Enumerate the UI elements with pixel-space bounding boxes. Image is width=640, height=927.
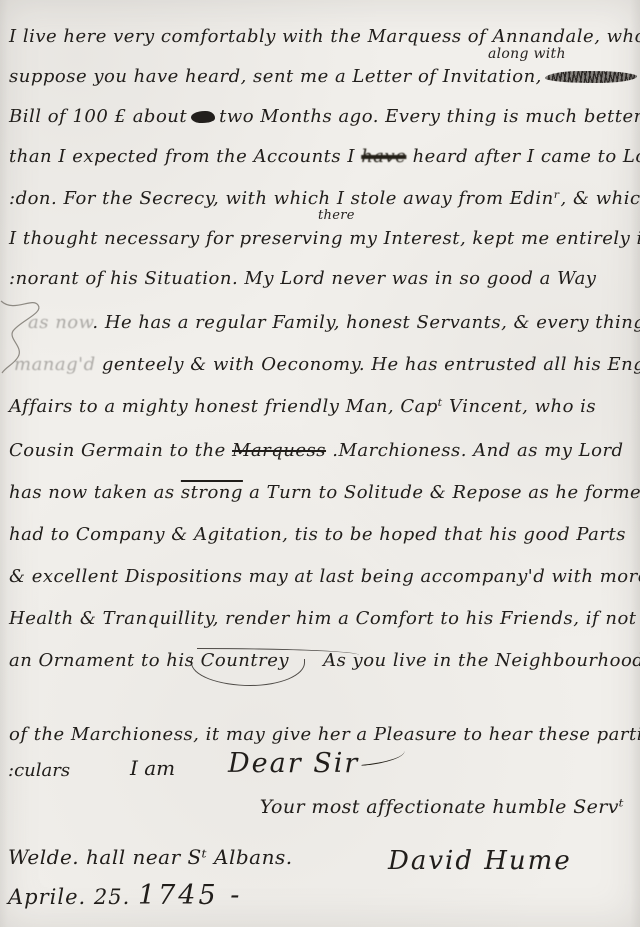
letter-line: I thought necessary for preserving my In… <box>9 226 640 252</box>
letter-line: as now. He has a regular Family, honest … <box>28 310 640 336</box>
faded-word: manag'd <box>14 354 96 375</box>
date-month-day: Aprile. 25. <box>8 885 130 909</box>
line-text: . He has a regular Family, honest Servan… <box>92 312 640 333</box>
letter-line: Affairs to a mighty honest friendly Man,… <box>9 394 596 420</box>
line-text: I thought necessary for preserving my In… <box>9 228 640 249</box>
line-text: heard after I came to Lon: <box>406 146 640 167</box>
line-text: Health & Tranquillity, render him a Comf… <box>9 608 637 629</box>
letter-line: :norant of his Situation. My Lord never … <box>9 266 596 292</box>
letter-line: manag'd genteely & with Oeconomy. He has… <box>14 352 640 378</box>
letter-page: I live here very comfortably with the Ma… <box>0 0 640 927</box>
overlined-word: strong <box>181 482 243 503</box>
flourish-circled-word: Countrey <box>201 650 289 671</box>
scribbled-out-word <box>545 71 637 83</box>
date-line: Aprile. 25. 1745 - <box>8 880 242 911</box>
line-text: Cousin Germain to the <box>9 440 232 461</box>
line-text: Affairs to a mighty honest friendly Man,… <box>9 396 596 417</box>
letter-line: has now taken as strong a Turn to Solitu… <box>9 480 640 506</box>
struck-out-word: Marquess <box>232 440 326 461</box>
letter-line: of the Marchioness, it may give her a Pl… <box>9 722 640 748</box>
line-text: Bill of 100 £ about <box>9 106 187 127</box>
letter-line: suppose you have heard, sent me a Letter… <box>9 64 640 90</box>
line-text: genteely & with Oeconomy. He has entrust… <box>96 354 640 375</box>
signature: David Hume <box>388 846 572 876</box>
line-text: :norant of his Situation. My Lord never … <box>9 268 596 289</box>
line-text: two Months ago. Every thing is much bett… <box>219 106 640 127</box>
line-text: .Marchioness. And as my Lord <box>326 440 624 461</box>
line-text: of the Marchioness, it may give her a Pl… <box>9 724 640 745</box>
letter-line: had to Company & Agitation, tis to be ho… <box>9 522 626 548</box>
closing-catchword: :culars <box>8 760 70 781</box>
place-line: Welde. hall near Sᵗ Albans. <box>8 845 293 869</box>
line-text: has now taken as <box>9 482 181 503</box>
closing-dear-sir: Dear Sir <box>228 748 405 779</box>
struck-out-word: have <box>361 146 406 167</box>
closing-i-am: I am <box>130 756 175 780</box>
line-text: than I expected from the Accounts I <box>9 146 361 167</box>
date-year: 1745 - <box>138 880 242 911</box>
interline-insertion: there <box>318 208 355 223</box>
letter-line: Health & Tranquillity, render him a Comf… <box>9 606 637 632</box>
letter-line: an Ornament to his CountreyAs you live i… <box>9 648 640 674</box>
line-text: an Ornament to his <box>9 650 201 671</box>
line-text: had to Company & Agitation, tis to be ho… <box>9 524 626 545</box>
faded-word: as now <box>28 312 92 333</box>
ink-blot <box>191 111 215 123</box>
line-text: suppose you have heard, sent me a Letter… <box>9 66 542 87</box>
letter-line: Cousin Germain to the Marquess .Marchion… <box>9 438 624 464</box>
letter-line: Bill of 100 £ abouttwo Months ago. Every… <box>9 104 640 130</box>
line-text: & excellent Dispositions may at last bei… <box>9 566 640 587</box>
line-text: As you live in the Neighbourhood <box>323 650 640 671</box>
letter-line: & excellent Dispositions may at last bei… <box>9 564 640 590</box>
line-text: I live here very comfortably with the Ma… <box>9 26 640 47</box>
letter-line: than I expected from the Accounts I have… <box>9 144 640 170</box>
valediction: Your most affectionate humble Servᵗ <box>260 796 624 818</box>
line-text: a Turn to Solitude & Repose as he former… <box>243 482 640 503</box>
interline-insertion: along with <box>488 46 566 62</box>
line-text: :don. For the Secrecy, with which I stol… <box>9 188 640 209</box>
